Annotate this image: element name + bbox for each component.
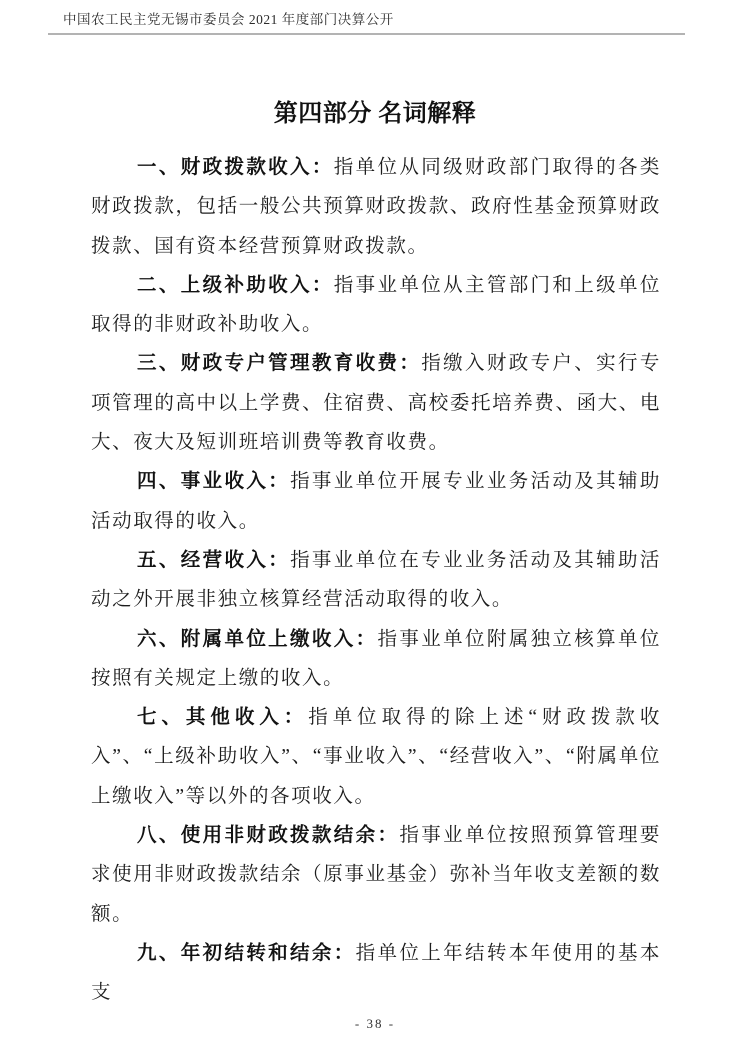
term-label: 八、使用非财政拨款结余： (137, 825, 399, 846)
term-label: 七、其他收入： (137, 707, 308, 728)
term-label: 九、年初结转和结余： (137, 943, 356, 964)
definition-paragraph: 六、附属单位上缴收入：指事业单位附属独立核算单位按照有关规定上缴的收入。 (91, 620, 661, 699)
running-header-title: 中国农工民主党无锡市委员会 2021 年度部门决算公开 (63, 8, 685, 28)
term-label: 一、财政拨款收入： (137, 157, 334, 178)
definition-paragraph: 五、经营收入：指事业单位在专业业务活动及其辅助活动之外开展非独立核算经营活动取得… (91, 541, 661, 620)
page-header: 中国农工民主党无锡市委员会 2021 年度部门决算公开 (48, 8, 685, 35)
definition-paragraph: 二、上级补助收入：指事业单位从主管部门和上级单位取得的非财政补助收入。 (91, 266, 661, 345)
definition-paragraph: 九、年初结转和结余：指单位上年结转本年使用的基本支 (91, 934, 661, 1013)
definition-paragraph: 四、事业收入：指事业单位开展专业业务活动及其辅助活动取得的收入。 (91, 462, 661, 541)
term-label: 五、经营收入： (137, 550, 290, 571)
term-label: 三、财政专户管理教育收费： (137, 353, 421, 374)
definition-paragraph: 七、其他收入：指单位取得的除上述“财政拨款收入”、“上级补助收入”、“事业收入”… (91, 698, 661, 816)
definition-paragraph: 八、使用非财政拨款结余：指事业单位按照预算管理要求使用非财政拨款结余（原事业基金… (91, 816, 661, 934)
term-label: 六、附属单位上缴收入： (137, 629, 378, 650)
page-number: - 38 - (355, 1016, 395, 1031)
term-label: 四、事业收入： (137, 471, 290, 492)
section-title: 第四部分 名词解释 (0, 93, 750, 128)
document-page: 中国农工民主党无锡市委员会 2021 年度部门决算公开 第四部分 名词解释 一、… (0, 0, 750, 1061)
definition-paragraph: 一、财政拨款收入：指单位从同级财政部门取得的各类财政拨款，包括一般公共预算财政拨… (91, 148, 661, 266)
document-body: 一、财政拨款收入：指单位从同级财政部门取得的各类财政拨款，包括一般公共预算财政拨… (91, 148, 661, 1013)
definition-paragraph: 三、财政专户管理教育收费：指缴入财政专户、实行专项管理的高中以上学费、住宿费、高… (91, 344, 661, 462)
term-label: 二、上级补助收入： (137, 275, 334, 296)
page-footer: - 38 - (0, 1016, 750, 1032)
